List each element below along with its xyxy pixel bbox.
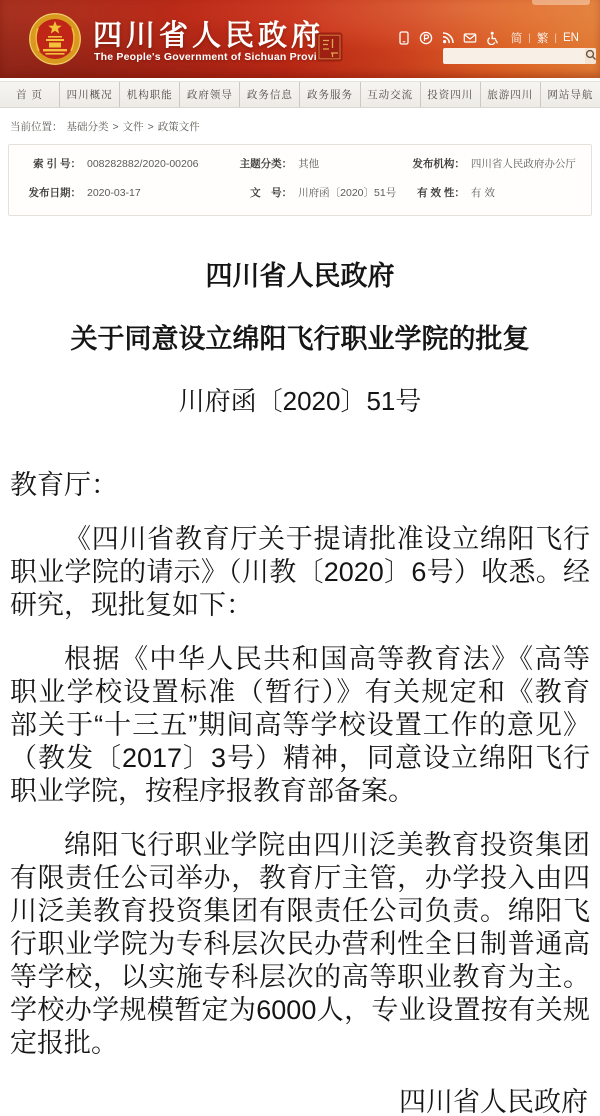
meta-value: 其他: [292, 158, 319, 171]
lang-simplified-link[interactable]: 简: [511, 30, 523, 46]
signature: 四川省人民政府: [399, 1080, 588, 1116]
nav-item-institutions[interactable]: 机构职能: [119, 82, 179, 107]
lang-traditional-link[interactable]: 繁: [537, 30, 549, 46]
p-badge-icon[interactable]: [419, 31, 433, 45]
lang-separator: |: [554, 33, 557, 44]
meta-label: 主题分类：: [230, 158, 292, 171]
nav-item-sichuan-overview[interactable]: 四川概况: [59, 82, 119, 107]
nav-item-sitemap[interactable]: 网站导航: [540, 82, 600, 107]
breadcrumb-segment-policy-documents[interactable]: 政策文件: [158, 119, 200, 134]
meta-field-doc-number: 文 号： 川府函〔2020〕51号: [230, 187, 399, 200]
meta-label: 发布机构：: [403, 158, 465, 171]
meta-label: 文 号：: [230, 187, 292, 200]
site-subtitle: The People's Government of Sichuan Provi…: [94, 51, 336, 63]
meta-field-validity: 有 效 性： 有 效: [399, 187, 591, 200]
lang-english-link[interactable]: EN: [563, 32, 579, 44]
red-seal-stamp-icon: [316, 32, 343, 62]
site-header: 四川省人民政府 The People's Government of Sichu…: [0, 0, 600, 78]
meta-value: 008282882/2020-00206: [81, 158, 199, 171]
breadcrumb-segment-base-category[interactable]: 基础分类: [67, 119, 109, 134]
search-icon: [585, 49, 596, 64]
search-button[interactable]: [585, 48, 596, 64]
meta-label: 索 引 号：: [19, 158, 81, 171]
nav-item-invest-sichuan[interactable]: 投资四川: [420, 82, 480, 107]
paragraph-2: 根据《中华人民共和国高等教育法》《高等职业学校设置标准（暂行）》有关规定和《教育…: [10, 643, 590, 808]
document-number: 川府函〔2020〕51号: [10, 386, 590, 416]
meta-field-topic-category: 主题分类： 其他: [230, 158, 399, 171]
paragraph-1: 《四川省教育厅关于提请批准设立绵阳飞行职业学院的请示》（川教〔2020〕6号）收…: [10, 523, 590, 622]
breadcrumb-separator: >: [148, 121, 154, 133]
document-meta-table: 索 引 号： 008282882/2020-00206 主题分类： 其他 发布机…: [8, 144, 592, 216]
language-switcher: 简 | 繁 | EN: [511, 30, 579, 46]
document-title-line1: 四川省人民政府: [10, 216, 590, 292]
paragraph-3: 绵阳飞行职业学院由四川泛美教育投资集团有限责任公司举办，教育厅主管，办学投入由四…: [10, 829, 590, 1060]
breadcrumb-label: 当前位置：: [10, 119, 63, 134]
nav-item-travel-sichuan[interactable]: 旅游四川: [480, 82, 540, 107]
meta-label: 有 效 性：: [403, 187, 465, 200]
nav-item-home[interactable]: 首 页: [0, 82, 59, 107]
nav-item-gov-info[interactable]: 政务信息: [239, 82, 299, 107]
main-nav: 首 页 四川概况 机构职能 政府领导 政务信息 政务服务 互动交流 投资四川 旅…: [0, 81, 600, 108]
breadcrumb: 当前位置： 基础分类 > 文件 > 政策文件: [0, 108, 600, 143]
meta-field-issuing-agency: 发布机构： 四川省人民政府办公厅: [399, 158, 591, 171]
meta-value: 四川省人民政府办公厅: [465, 158, 576, 171]
breadcrumb-separator: >: [113, 121, 119, 133]
header-toolbar: 简 | 繁 | EN: [397, 30, 579, 46]
meta-label: 发布日期：: [19, 187, 81, 200]
page: 四川省人民政府 The People's Government of Sichu…: [0, 0, 600, 1116]
meta-field-index-number: 索 引 号： 008282882/2020-00206: [9, 158, 230, 171]
meta-value: 川府函〔2020〕51号: [292, 187, 396, 200]
site-title: 四川省人民政府: [93, 13, 324, 54]
lang-separator: |: [528, 33, 531, 44]
breadcrumb-segment-documents[interactable]: 文件: [123, 119, 144, 134]
document-body: 四川省人民政府 关于同意设立绵阳飞行职业学院的批复 川府函〔2020〕51号 教…: [0, 216, 600, 1060]
accessibility-icon[interactable]: [485, 31, 499, 45]
search-bar: [443, 48, 596, 64]
top-tab-fragment: [532, 0, 590, 5]
nav-item-gov-leaders[interactable]: 政府领导: [179, 82, 239, 107]
nav-item-interaction[interactable]: 互动交流: [360, 82, 420, 107]
document-title-line2: 关于同意设立绵阳飞行职业学院的批复: [10, 323, 590, 355]
nav-item-gov-services[interactable]: 政务服务: [299, 82, 359, 107]
rss-icon[interactable]: [441, 31, 455, 45]
mobile-phone-icon[interactable]: [397, 31, 411, 45]
national-emblem-icon: [28, 12, 82, 66]
mail-icon[interactable]: [463, 31, 477, 45]
search-input[interactable]: [443, 48, 585, 64]
meta-value: 有 效: [465, 187, 495, 200]
meta-value: 2020-03-17: [81, 187, 141, 200]
salutation: 教育厅：: [10, 468, 590, 502]
meta-field-publish-date: 发布日期： 2020-03-17: [9, 187, 230, 200]
